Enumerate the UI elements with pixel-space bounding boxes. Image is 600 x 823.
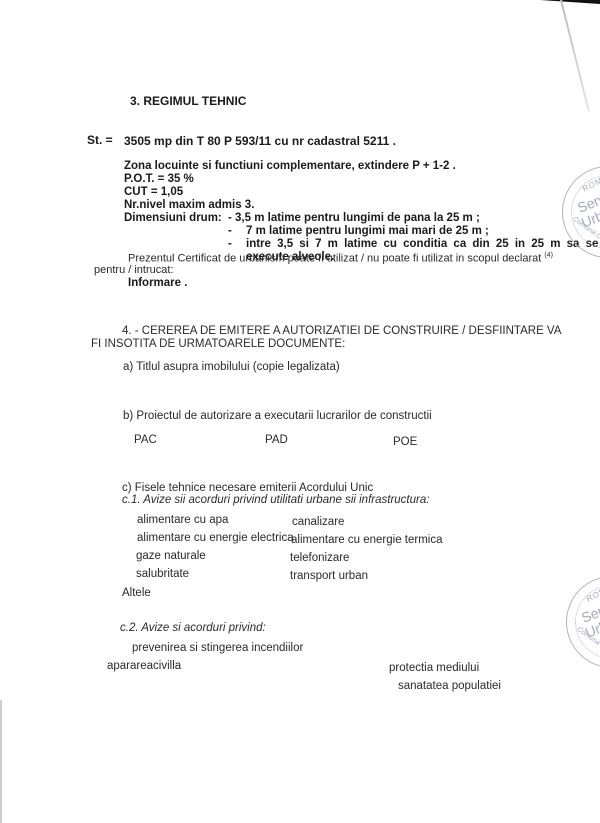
c1-left-3: gaze naturale [136, 550, 206, 562]
project-type-poe: POE [393, 436, 417, 448]
cut-line: CUT = 1,05 [124, 186, 183, 198]
c1-right-3: telefonizare [290, 552, 349, 564]
c2-aparare: aparareacivilla [107, 660, 181, 672]
drum-item-2: 7 m latime pentru lungimi mai mari de 25… [246, 225, 489, 237]
section4-heading-line2: FI INSOTITA DE URMATOARELE DOCUMENTE: [91, 338, 345, 350]
scop-value: Informare . [128, 277, 187, 289]
st-label: St. = [87, 133, 113, 147]
certificat-main: Prezentul Certificat de urbanism poate f… [128, 253, 541, 265]
c1-heading: c.1. Avize sii acorduri privind utilitat… [122, 494, 429, 506]
item-c: c) Fisele tehnice necesare emiterii Acor… [122, 482, 373, 494]
certificat-cont: pentru / intrucat: [94, 264, 174, 276]
project-type-pad: PAD [265, 434, 288, 446]
c1-right-1: canalizare [292, 516, 344, 528]
drum-dash-3: - [228, 238, 232, 250]
drum-label: Dimensiuni drum: [124, 212, 222, 224]
certificat-text: Prezentul Certificat de urbanism poate f… [128, 252, 553, 265]
item-a: a) Titlul asupra imobilului (copie legal… [123, 361, 340, 373]
nivel-line: Nr.nivel maxim admis 3. [124, 199, 254, 211]
drum-item-3: intre 3,5 si 7 m latime cu conditia ca d… [246, 238, 598, 250]
c2-heading: c.2. Avize si acorduri privind: [120, 622, 266, 634]
c1-right-4: transport urban [290, 570, 368, 582]
c2-incendii: prevenirea si stingerea incendiilor [132, 642, 303, 654]
c1-left-2: alimentare cu energie electrica [137, 532, 294, 544]
scan-left-edge [0, 700, 2, 823]
zona-line: Zona locuinte si functiuni complementare… [124, 160, 456, 172]
c2-mediu: protectia mediului [389, 662, 479, 674]
item-b: b) Proiectul de autorizare a executarii … [123, 410, 432, 422]
scan-fold-line [560, 0, 590, 112]
pot-line: P.O.T. = 35 % [124, 173, 194, 185]
section4-heading-line1: 4. - CEREREA DE EMITERE A AUTORIZATIEI D… [122, 325, 561, 337]
c2-sanatate: sanatatea populatiei [398, 680, 501, 692]
footnote-ref: (4) [544, 252, 553, 259]
drum-dash-2: - [228, 225, 232, 237]
c1-left-1: alimentare cu apa [137, 514, 228, 526]
c1-left-4: salubritate [136, 568, 189, 580]
st-value: 3505 mp din T 80 P 593/11 cu nr cadastra… [124, 134, 396, 148]
official-stamp: ROMAN Serv Urb Comuna CREV [566, 576, 600, 668]
scan-corner-artifact [540, 0, 600, 4]
altele: Altele [122, 587, 151, 599]
project-type-pac: PAC [134, 434, 157, 446]
section3-heading: 3. REGIMUL TEHNIC [130, 94, 246, 108]
drum-item-1: - 3,5 m latime pentru lungimi de pana la… [228, 212, 480, 224]
c1-right-2: alimentare cu energie termica [291, 534, 443, 546]
